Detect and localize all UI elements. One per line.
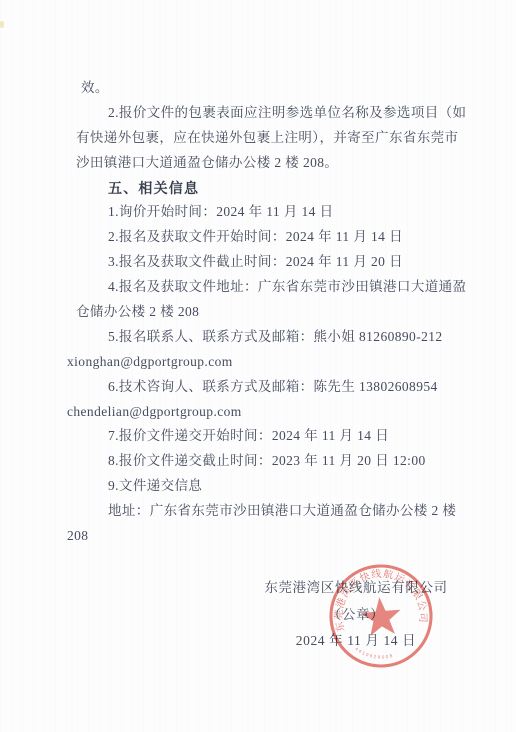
document-body: 效。2.报价文件的包裹表面应注明参选单位名称及参选项目（如有快递外包裹，应在快递… (76, 76, 476, 549)
body-line: 9.文件递交信息 (108, 474, 476, 499)
body-line: 地址：广东省东莞市沙田镇港口大道通盈仓储办公楼 2 楼 (108, 499, 476, 524)
body-line: 五、相关信息 (108, 176, 476, 201)
body-line: 仓储办公楼 2 楼 208 (76, 300, 476, 325)
body-line: 1.询价开始时间：2024 年 11 月 14 日 (108, 200, 476, 225)
body-line: 沙田镇港口大道通盈仓储办公楼 2 楼 208。 (76, 151, 476, 176)
body-line: 有快递外包裹，应在快递外包裹上注明），并寄至广东省东莞市 (76, 126, 476, 151)
body-line: 2.报名及获取文件开始时间：2024 年 11 月 14 日 (108, 225, 476, 250)
body-line: 7.报价文件递交开始时间：2024 年 11 月 14 日 (108, 424, 476, 449)
body-line: 效。 (81, 76, 476, 101)
body-line: 2.报价文件的包裹表面应注明参选单位名称及参选项目（如 (108, 101, 476, 126)
body-line: 6.技术咨询人、联系方式及邮箱：陈先生 13802608954 (108, 375, 476, 400)
signature-company: 东莞港湾区快线航运有限公司 (225, 575, 487, 602)
signature-date: 2024 年 11 月 14 日 (225, 628, 487, 655)
body-line: 3.报名及获取文件截止时间：2024 年 11 月 20 日 (108, 250, 476, 275)
body-line: xionghan@dgportgroup.com (67, 350, 476, 375)
body-line: chendelian@dgportgroup.com (67, 400, 476, 425)
body-line: 208 (67, 524, 476, 549)
scan-artifact-speck (0, 21, 4, 28)
document-page: 效。2.报价文件的包裹表面应注明参选单位名称及参选项目（如有快递外包裹，应在快递… (0, 0, 516, 732)
body-line: 5.报名联系人、联系方式及邮箱：熊小姐 81260890-212 (108, 325, 476, 350)
body-line: 4.报名及获取文件地址：广东省东莞市沙田镇港口大道通盈 (108, 275, 476, 300)
body-line: 8.报价文件递交截止时间：2023 年 11 月 20 日 12:00 (108, 449, 476, 474)
signature-seal-note: （公章） (225, 602, 487, 629)
signature-block: 东莞港湾区快线航运有限公司 （公章） 2024 年 11 月 14 日 (225, 575, 487, 655)
